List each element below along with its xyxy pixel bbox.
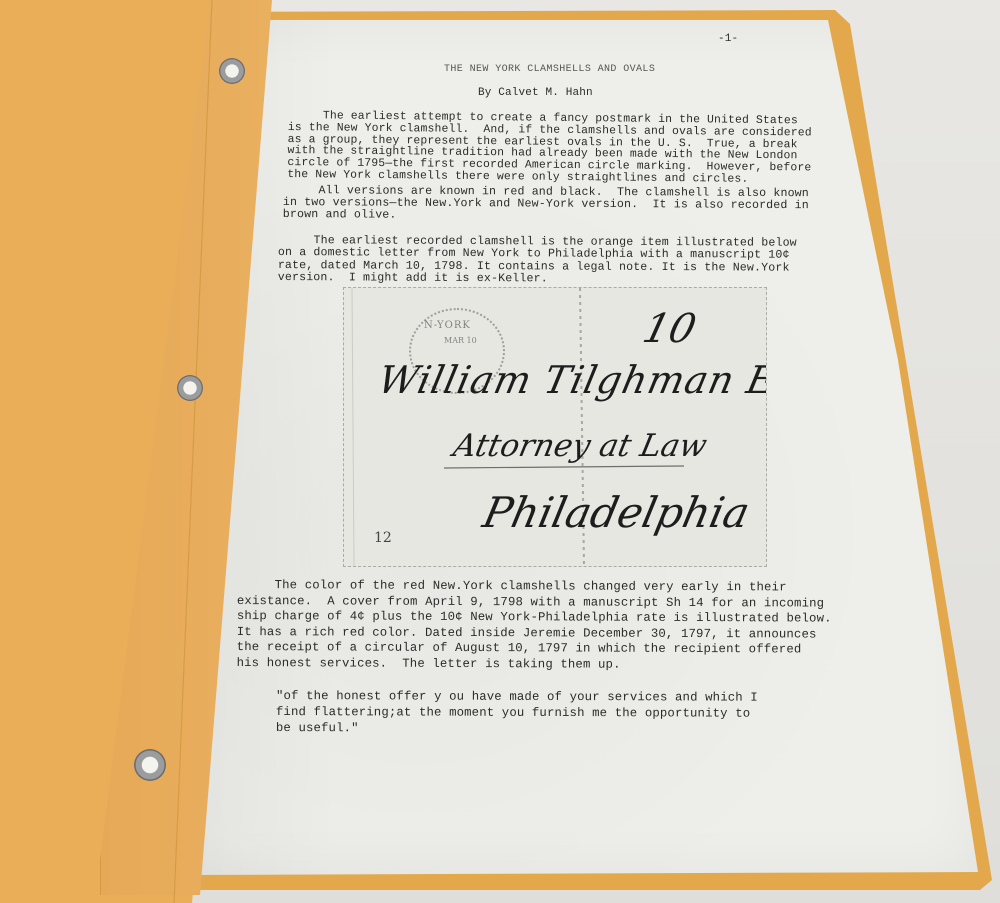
- page-number: -1-: [718, 32, 738, 47]
- postmark-date: MAR 10: [444, 336, 477, 345]
- paragraph-red-color: The color of the red New.York clamshells…: [237, 578, 832, 674]
- grommet-icon: [134, 749, 166, 781]
- grommet-icon: [219, 58, 245, 84]
- letter-quote: "of the honest offer y ou have made of y…: [276, 688, 758, 738]
- address-city: Philadelphia: [479, 488, 754, 537]
- grommet-icon: [177, 375, 203, 401]
- postmark-text: N-YORK: [424, 320, 471, 331]
- byline: By Calvet M. Hahn: [478, 86, 593, 101]
- paragraph-versions: All versions are known in red and black.…: [283, 185, 809, 225]
- corner-note: 12: [374, 530, 392, 546]
- cover-illustration: N-YORK MAR 10 10 William Tilghman Esqr A…: [343, 287, 767, 567]
- paragraph-earliest: The earliest recorded clamshell is the o…: [278, 235, 797, 287]
- address-name: William Tilghman Esqr: [374, 358, 767, 402]
- address-title: Attorney at Law: [450, 428, 710, 464]
- paragraph-intro: The earliest attempt to create a fancy p…: [287, 111, 812, 187]
- document-title: THE NEW YORK CLAMSHELLS AND OVALS: [444, 63, 655, 78]
